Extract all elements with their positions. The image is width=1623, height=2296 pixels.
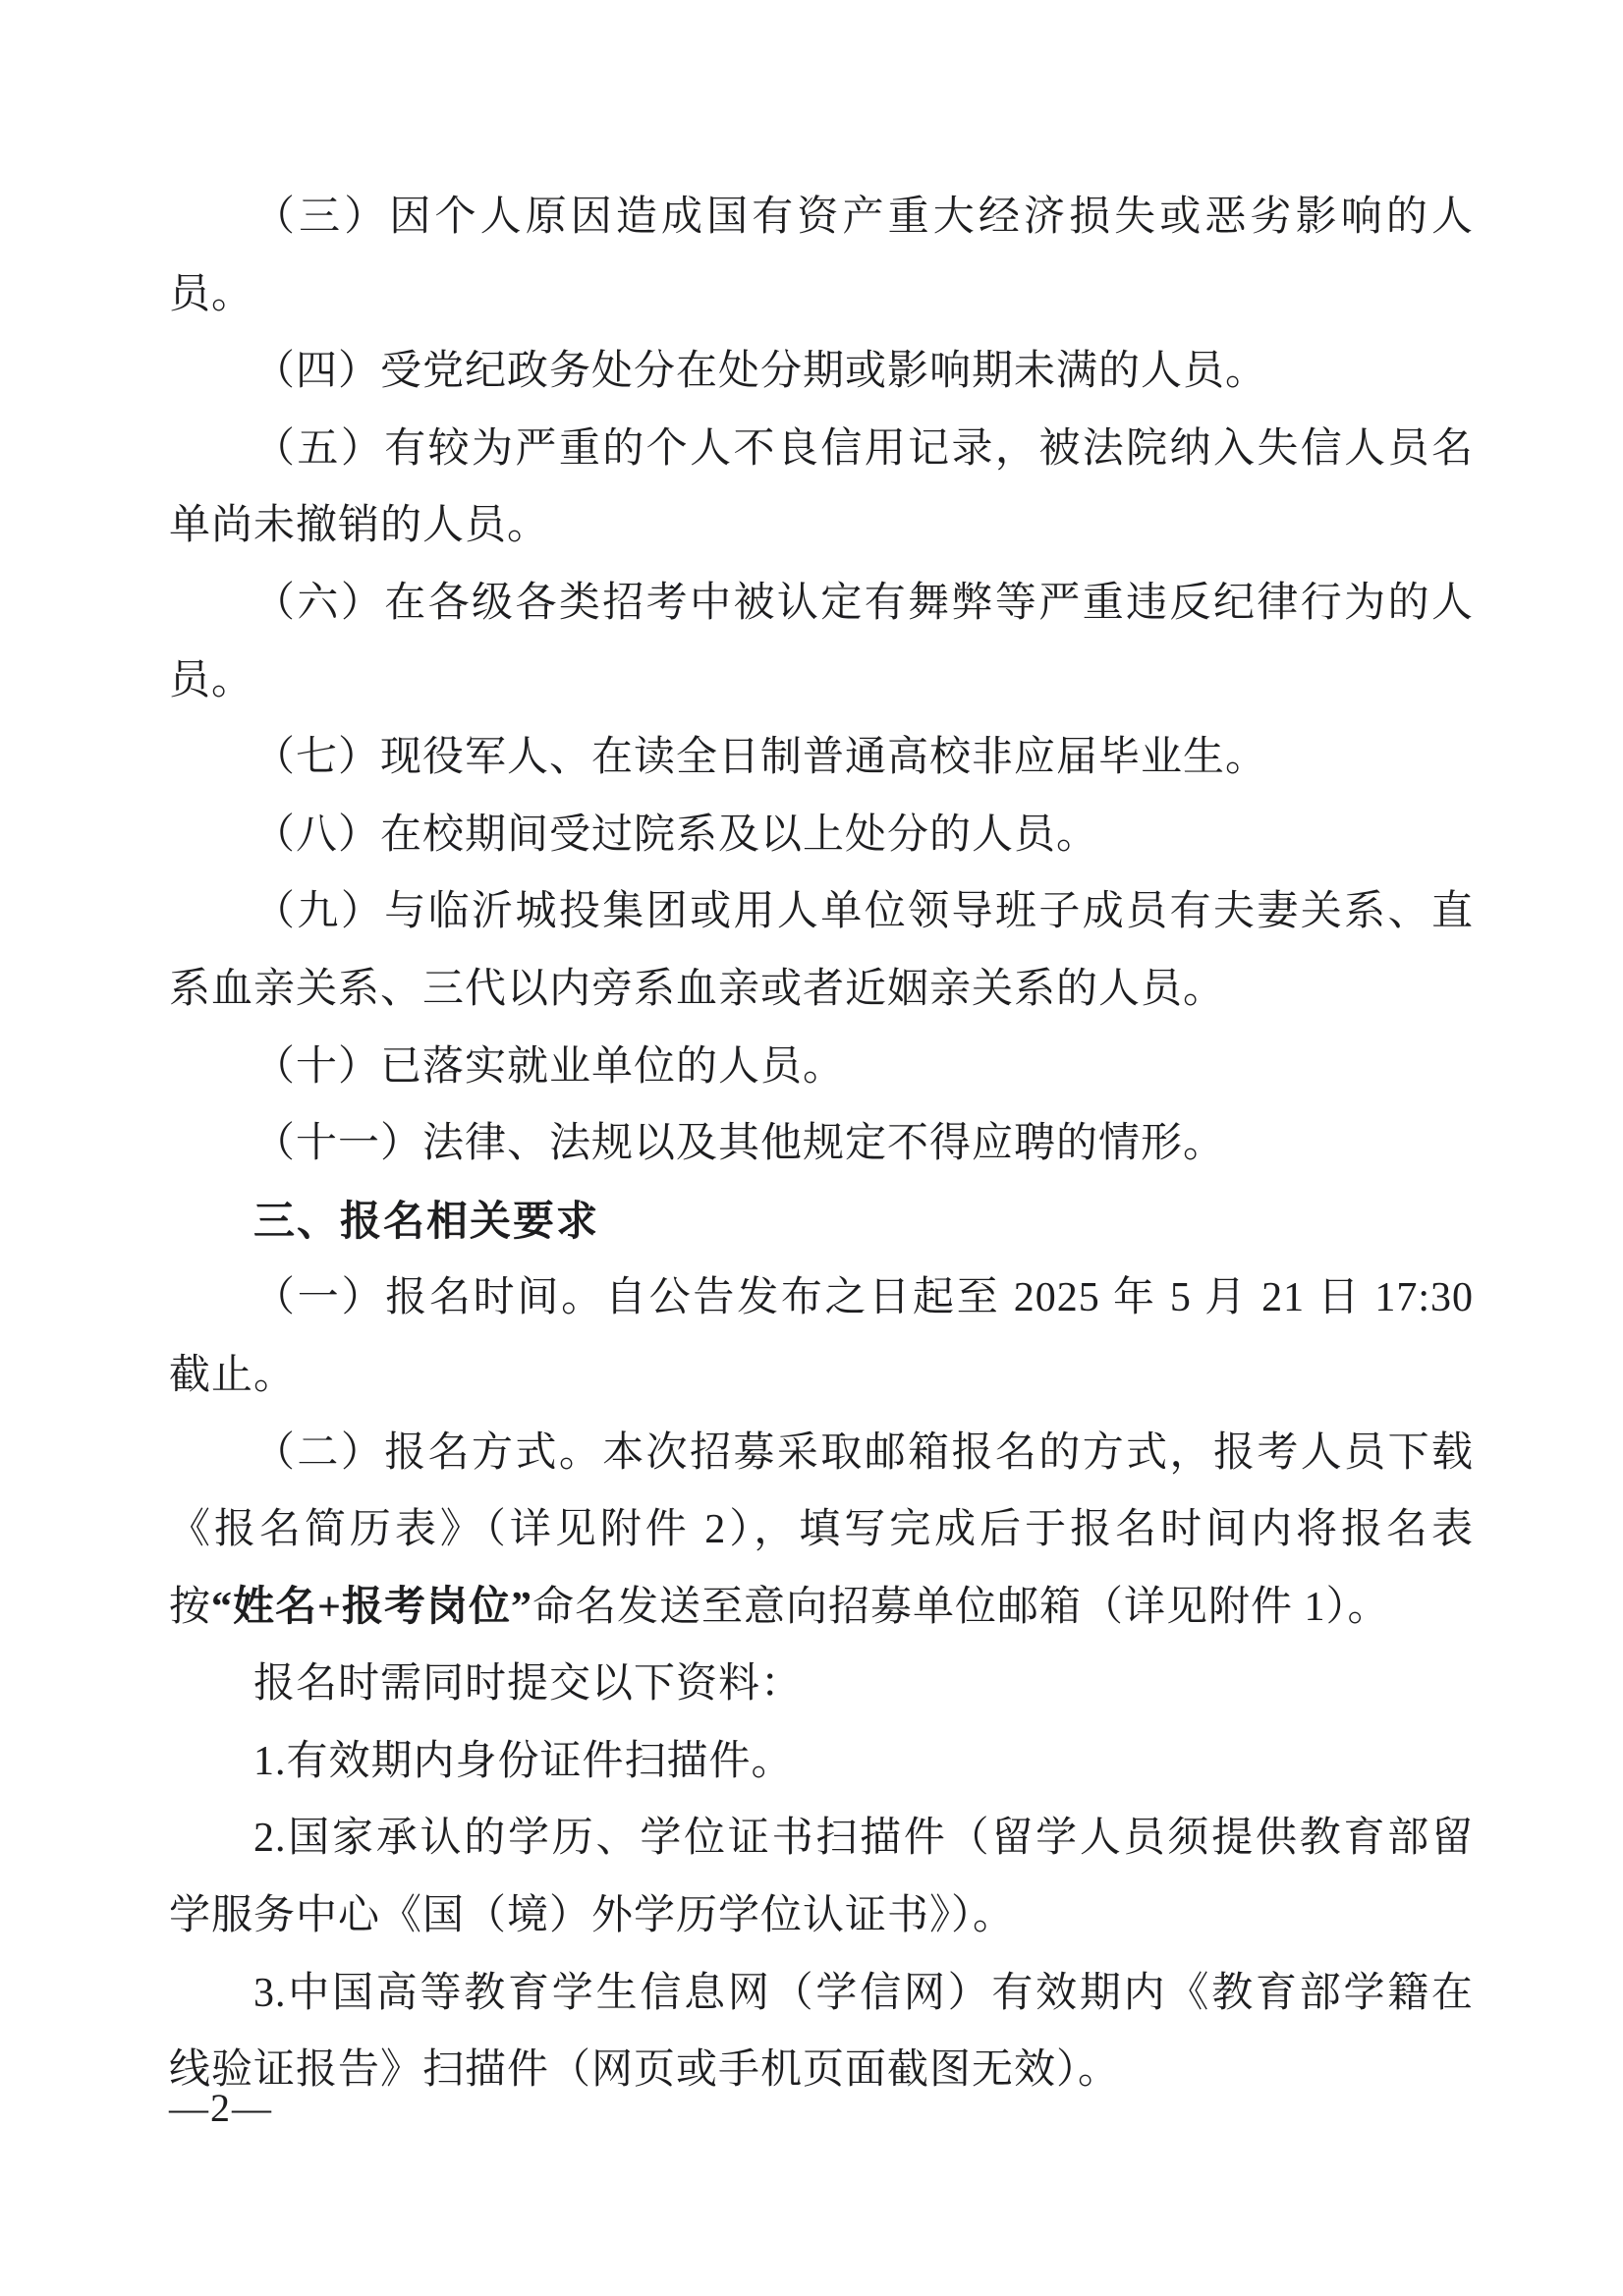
emphasis-text: 三、报名相关要求 xyxy=(253,1198,599,1244)
text-segment: （六）在各级各类招考中被认定有舞弊等严重违反纪律行为的人 xyxy=(253,581,1474,626)
text-segment: 命名发送至意向招募单位邮箱（详见附件 1）。 xyxy=(532,1585,1390,1630)
text-line: 报名时需同时提交以下资料： xyxy=(169,1646,1474,1723)
text-line: （十一）法律、法规以及其他规定不得应聘的情形。 xyxy=(169,1105,1474,1183)
text-segment: （二）报名方式。本次招募采取邮箱报名的方式，报考人员下载 xyxy=(253,1430,1474,1476)
text-segment: （一）报名时间。自公告发布之日起至 2025 年 5 月 21 日 17:30 xyxy=(253,1275,1474,1320)
text-line: 截止。 xyxy=(169,1337,1474,1415)
text-segment: 《报名简历表》（详见附件 2），填写完成后于报名时间内将报名表 xyxy=(169,1507,1474,1552)
text-line: 2.国家承认的学历、学位证书扫描件（留学人员须提供教育部留 xyxy=(169,1800,1474,1877)
text-line: （四）受党纪政务处分在处分期或影响期未满的人员。 xyxy=(169,333,1474,411)
text-line: 1.有效期内身份证件扫描件。 xyxy=(169,1723,1474,1801)
text-line: 系血亲关系、三代以内旁系血亲或者近姻亲关系的人员。 xyxy=(169,951,1474,1029)
text-segment: （十一）法律、法规以及其他规定不得应聘的情形。 xyxy=(253,1121,1225,1166)
text-segment: （五）有较为严重的个人不良信用记录，被法院纳入失信人员名 xyxy=(253,426,1474,472)
text-line: 单尚未撤销的人员。 xyxy=(169,487,1474,565)
text-segment: 按 xyxy=(169,1585,211,1630)
text-segment: 线验证报告》扫描件（网页或手机页面截图无效）。 xyxy=(169,2047,1120,2093)
document-body: （三）因个人原因造成国有资产重大经济损失或恶劣影响的人员。（四）受党纪政务处分在… xyxy=(169,179,1474,2109)
text-segment: （七）现役军人、在读全日制普通高校非应届毕业生。 xyxy=(253,735,1267,780)
page-number: —2— xyxy=(169,2087,273,2130)
text-line: 按“姓名+报考岗位”命名发送至意向招募单位邮箱（详见附件 1）。 xyxy=(169,1569,1474,1647)
text-line: 员。 xyxy=(169,256,1474,334)
text-line: （三）因个人原因造成国有资产重大经济损失或恶劣影响的人 xyxy=(169,179,1474,256)
text-segment: 2.国家承认的学历、学位证书扫描件（留学人员须提供教育部留 xyxy=(253,1816,1474,1861)
text-segment: 系血亲关系、三代以内旁系血亲或者近姻亲关系的人员。 xyxy=(169,967,1225,1012)
section-heading: 三、报名相关要求 xyxy=(169,1183,1474,1260)
text-line: （七）现役军人、在读全日制普通高校非应届毕业生。 xyxy=(169,719,1474,797)
text-line: 《报名简历表》（详见附件 2），填写完成后于报名时间内将报名表 xyxy=(169,1491,1474,1569)
text-line: （九）与临沂城投集团或用人单位领导班子成员有夫妻关系、直 xyxy=(169,873,1474,951)
text-segment: 1.有效期内身份证件扫描件。 xyxy=(253,1739,794,1784)
text-segment: 员。 xyxy=(169,272,253,317)
text-segment: 学服务中心《国（境）外学历学位认证书》）。 xyxy=(169,1893,1015,1938)
text-line: （五）有较为严重的个人不良信用记录，被法院纳入失信人员名 xyxy=(169,411,1474,488)
text-line: （二）报名方式。本次招募采取邮箱报名的方式，报考人员下载 xyxy=(169,1415,1474,1492)
text-segment: 员。 xyxy=(169,658,253,703)
text-line: 员。 xyxy=(169,643,1474,720)
text-line: （一）报名时间。自公告发布之日起至 2025 年 5 月 21 日 17:30 xyxy=(169,1260,1474,1337)
text-segment: （九）与临沂城投集团或用人单位领导班子成员有夫妻关系、直 xyxy=(253,889,1474,934)
text-line: 线验证报告》扫描件（网页或手机页面截图无效）。 xyxy=(169,2032,1474,2109)
text-segment: （八）在校期间受过院系及以上处分的人员。 xyxy=(253,812,1098,858)
text-line: （八）在校期间受过院系及以上处分的人员。 xyxy=(169,797,1474,874)
text-line: （十）已落实就业单位的人员。 xyxy=(169,1029,1474,1106)
text-line: 3.中国高等教育学生信息网（学信网）有效期内《教育部学籍在 xyxy=(169,1955,1474,2033)
text-segment: （三）因个人原因造成国有资产重大经济损失或恶劣影响的人 xyxy=(253,195,1474,240)
text-segment: 3.中国高等教育学生信息网（学信网）有效期内《教育部学籍在 xyxy=(253,1971,1474,2016)
text-segment: （十）已落实就业单位的人员。 xyxy=(253,1044,845,1090)
document-page: （三）因个人原因造成国有资产重大经济损失或恶劣影响的人员。（四）受党纪政务处分在… xyxy=(0,0,1623,2296)
text-segment: （四）受党纪政务处分在处分期或影响期未满的人员。 xyxy=(253,349,1267,394)
emphasis-text: “姓名+报考岗位” xyxy=(211,1585,532,1630)
text-line: （六）在各级各类招考中被认定有舞弊等严重违反纪律行为的人 xyxy=(169,565,1474,643)
text-segment: 截止。 xyxy=(169,1353,296,1398)
text-segment: 报名时需同时提交以下资料： xyxy=(253,1661,803,1707)
text-line: 学服务中心《国（境）外学历学位认证书》）。 xyxy=(169,1877,1474,1955)
text-segment: 单尚未撤销的人员。 xyxy=(169,503,549,548)
